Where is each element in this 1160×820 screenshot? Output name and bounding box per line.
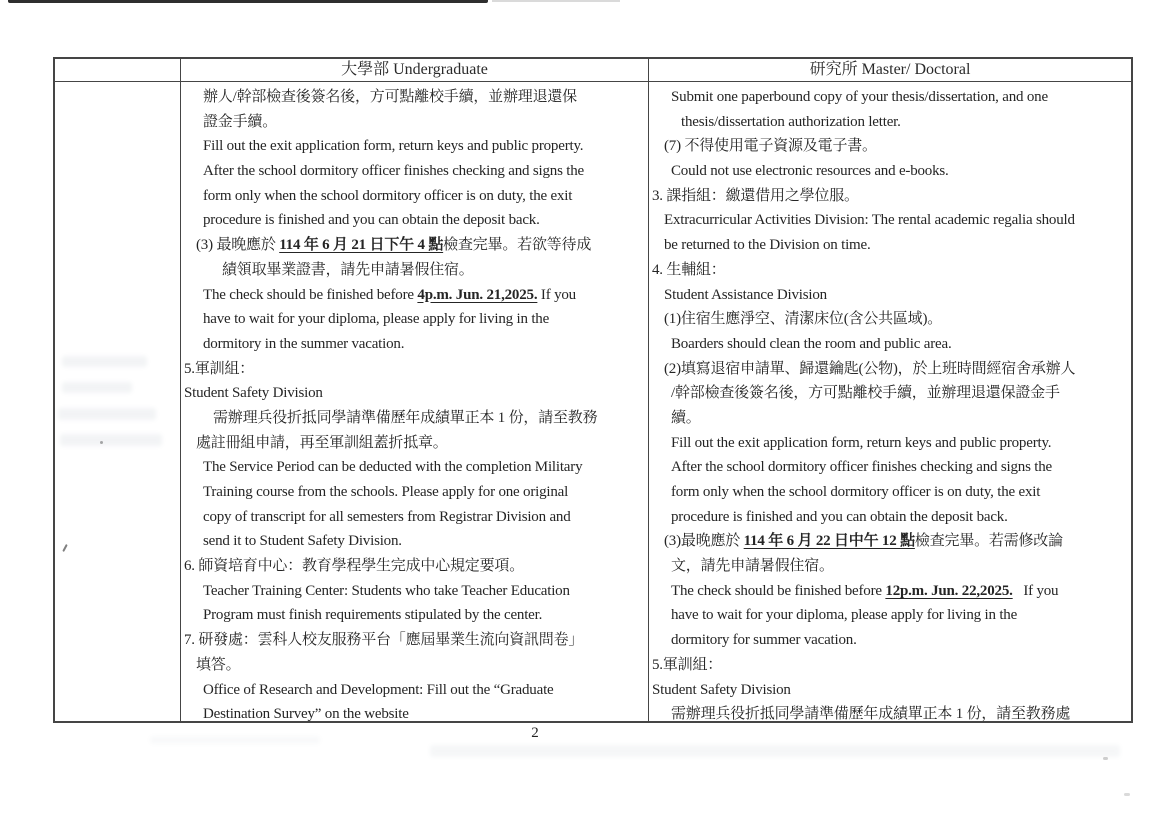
header-graduate: 研究所 Master/ Doctoral [649, 59, 1131, 81]
text-line: Destination Survey” on the website [181, 702, 648, 721]
text-line: dormitory for summer vacation. [649, 628, 1131, 653]
text-line: 4. 生輔組： [649, 258, 1131, 283]
text-line: /幹部檢查後簽名後，方可點離校手續，並辦理退還保證金手 [649, 381, 1131, 406]
text-line: thesis/dissertation authorization letter… [649, 110, 1131, 135]
scanned-document-page: 大學部 Undergraduate 研究所 Master/ Doctoral 辦… [0, 0, 1160, 820]
text-line: Boarders should clean the room and publi… [649, 332, 1131, 357]
text-line: After the school dormitory officer finis… [649, 455, 1131, 480]
text-line: (1)住宿生應淨空、清潔床位(含公共區域)。 [649, 307, 1131, 332]
scan-artifact-top-line-faint [492, 0, 620, 2]
graduate-cell: Submit one paperbound copy of your thesi… [649, 82, 1131, 721]
text-line: Fill out the exit application form, retu… [649, 431, 1131, 456]
table-header-row: 大學部 Undergraduate 研究所 Master/ Doctoral [55, 59, 1131, 82]
text-line: 3. 課指組：繳還借用之學位服。 [649, 184, 1131, 209]
text-line: 需辦理兵役折抵同學請準備歷年成績單正本 1 份，請至教務 [181, 406, 648, 431]
text-line: 7. 研發處：雲科人校友服務平台「應屆畢業生流向資訊問卷」 [181, 628, 648, 653]
bleed-through-artifact [430, 745, 1120, 757]
text-line: 辦人/幹部檢查後簽名後，方可點離校手續，並辦理退還保 [181, 85, 648, 110]
undergraduate-cell: 辦人/幹部檢查後簽名後，方可點離校手續，並辦理退還保證金手續。Fill out … [180, 82, 649, 721]
text-line: (7) 不得使用電子資源及電子書。 [649, 134, 1131, 159]
scan-artifact-top-line [8, 0, 488, 3]
graduation-procedures-table: 大學部 Undergraduate 研究所 Master/ Doctoral 辦… [53, 57, 1133, 723]
text-line: (3)最晚應於 114 年 6 月 22 日中午 12 點檢查完畢。若需修改論 [649, 529, 1131, 554]
text-line: send it to Student Safety Division. [181, 529, 648, 554]
text-line: have to wait for your diploma, please ap… [649, 603, 1131, 628]
text-line: Student Assistance Division [649, 283, 1131, 308]
text-line: 績領取畢業證書，請先申請暑假住宿。 [181, 258, 648, 283]
header-row-label-cell [55, 59, 180, 81]
text-line: 填答。 [181, 653, 648, 678]
bleed-through-artifact [60, 434, 162, 446]
text-line: 5.軍訓組： [649, 653, 1131, 678]
text-line: have to wait for your diploma, please ap… [181, 307, 648, 332]
text-line: Fill out the exit application form, retu… [181, 134, 648, 159]
bleed-through-artifact [62, 382, 132, 393]
text-line: Could not use electronic resources and e… [649, 159, 1131, 184]
bleed-through-artifact [58, 408, 156, 420]
text-line: 證金手續。 [181, 110, 648, 135]
text-line: (2)填寫退宿申請單、歸還鑰匙(公物)，於上班時間經宿舍承辦人 [649, 357, 1131, 382]
bleed-through-artifact [62, 356, 147, 367]
text-line: dormitory in the summer vacation. [181, 332, 648, 357]
text-line: Student Safety Division [649, 678, 1131, 703]
text-line: procedure is finished and you can obtain… [649, 505, 1131, 530]
text-line: Student Safety Division [181, 381, 648, 406]
text-line: be returned to the Division on time. [649, 233, 1131, 258]
text-line: 5.軍訓組： [181, 357, 648, 382]
text-line: procedure is finished and you can obtain… [181, 208, 648, 233]
scan-speck [1103, 757, 1108, 760]
text-line: form only when the school dormitory offi… [649, 480, 1131, 505]
text-line: Program must finish requirements stipula… [181, 603, 648, 628]
row-label-cell-empty [55, 82, 180, 721]
text-line: 需辦理兵役折抵同學請準備歷年成績單正本 1 份，請至教務處 [649, 702, 1131, 721]
text-line: 處註冊組申請，再至軍訓組蓋折抵章。 [181, 431, 648, 456]
text-line: Training course from the schools. Please… [181, 480, 648, 505]
bleed-through-artifact [150, 736, 320, 744]
page-number: 2 [518, 725, 552, 742]
text-line: Teacher Training Center: Students who ta… [181, 579, 648, 604]
text-line: copy of transcript for all semesters fro… [181, 505, 648, 530]
text-line: The Service Period can be deducted with … [181, 455, 648, 480]
text-line: (3) 最晚應於 114 年 6 月 21 日下午 4 點檢查完畢。若欲等待成 [181, 233, 648, 258]
text-line: After the school dormitory officer finis… [181, 159, 648, 184]
text-line: 續。 [649, 406, 1131, 431]
text-line: Submit one paperbound copy of your thesi… [649, 85, 1131, 110]
text-line: The check should be finished before 12p.… [649, 579, 1131, 604]
text-line: Office of Research and Development: Fill… [181, 678, 648, 703]
scan-speck [100, 441, 103, 444]
header-undergraduate: 大學部 Undergraduate [180, 59, 649, 81]
text-line: 6. 師資培育中心：教育學程學生完成中心規定要項。 [181, 554, 648, 579]
text-line: Extracurricular Activities Division: The… [649, 208, 1131, 233]
scan-speck [1124, 793, 1130, 796]
text-line: 文，請先申請暑假住宿。 [649, 554, 1131, 579]
text-line: The check should be finished before 4p.m… [181, 283, 648, 308]
text-line: form only when the school dormitory offi… [181, 184, 648, 209]
table-body-row: 辦人/幹部檢查後簽名後，方可點離校手續，並辦理退還保證金手續。Fill out … [55, 82, 1131, 721]
